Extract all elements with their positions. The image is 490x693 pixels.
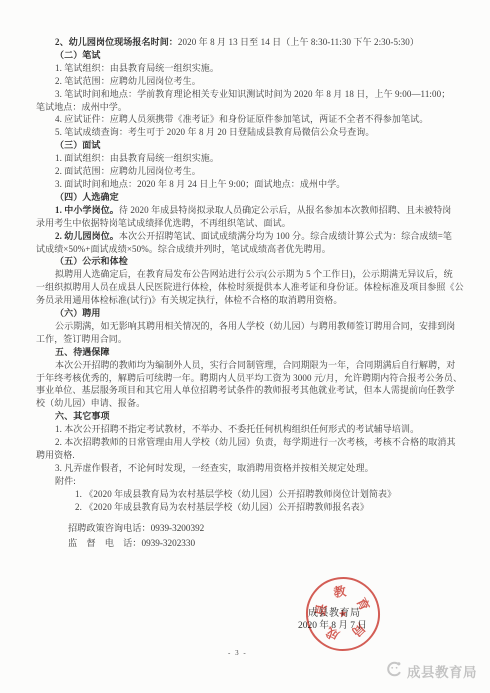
document-line: 拟聘用人选确定后，在教育局发布公告网站进行公示(公示期为 5 个工作日)，公示期… [36,268,462,281]
document-line: 1. 《2020 年成县教育局为农村基层学校（幼儿园）公开招聘教师岗位计划简表》 [36,488,462,501]
line-text: 2020 年 8 月 13 日至 14 日（上午 8:30-11:30 下午 2… [178,37,419,47]
line-text: 务员录用通用体检标准(试行)》有关规定执行，体检不合格的取消聘用资格。 [36,295,343,305]
line-text: 3. 凡弄虚作假者，不论何时发现，一经查实，取消聘用资格并按相关规定处理。 [55,463,374,473]
line-text: 1. 本次公开招聘不指定考试教材，不举办、不委托任何机构组织任何形式的考试辅导培… [55,424,419,434]
announcement-body: 2、幼儿园岗位现场报名时间：2020 年 8 月 13 日至 14 日（上午 8… [36,36,462,514]
line-text: 2. 《2020 年成县教育局为农村基层学校（幼儿园）公开招聘教师报名表》 [75,502,369,512]
document-line: 2. 本次招聘教师的日常管理由用人学校（幼儿园）负责，每学期进行一次考核，考核不… [36,436,462,449]
contact-phone-line: 招聘政策咨询电话：0939-3200392 [68,521,204,536]
document-line: 2. 《2020 年成县教育局为农村基层学校（幼儿园）公开招聘教师报名表》 [36,501,462,514]
line-lead: 1. 中小学岗位。 [55,205,119,215]
line-text: 于年终考核优秀的，解聘后可续聘一年。聘期内人员平均工资为 3000 元/月，允许… [36,373,462,383]
document-page: 2、幼儿园岗位现场报名时间：2020 年 8 月 13 日至 14 日（上午 8… [0,0,490,693]
document-line: 附件: [36,475,462,488]
line-text: 聘用资格. [36,450,75,460]
line-text: 录用考生中依据特岗笔试成绩择优选聘，不再组织笔试、面试。 [36,218,291,228]
line-text: 一组织拟聘用人员在成县人民医院进行体检，体检时须提供本人准考证和身份证。体检标准… [36,282,464,292]
document-line: 校（幼儿园）申请、报备。 [36,397,462,410]
document-line: 一组织拟聘用人员在成县人民医院进行体检，体检时须提供本人准考证和身份证。体检标准… [36,281,462,294]
document-line: 试成绩×50%+面试成绩×50%。综合成绩并列时，笔试成绩高者优先聘用。 [36,243,462,256]
seal-ring-char: 教 [332,584,348,600]
official-seal-stamp: ★ 教育局成县 [301,572,385,656]
line-lead: 2. 幼儿园岗位。 [55,231,119,241]
line-lead: 2、幼儿园岗位现场报名时间： [55,37,178,47]
line-lead: （二）笔试 [55,50,101,60]
line-lead: 五、待遇保障 [55,347,110,357]
line-text: 工作，签订聘用合同。 [36,334,127,344]
document-line: 1. 中小学岗位。待 2020 年成县特岗拟录取人员确定公示后，从报名参加本次教… [36,204,462,217]
document-line: （六）聘用 [36,307,462,320]
document-line: 录用考生中依据特岗笔试成绩择优选聘，不再组织笔试、面试。 [36,217,462,230]
contact-phone-lines: 招聘政策咨询电话：0939-3200392监 督 电 话：0939-320233… [68,521,204,551]
document-line: 笔试地点：成州中学。 [36,101,462,114]
line-text: 拟聘用人选确定后，在教育局发布公告网站进行公示(公示期为 5 个工作日)，公示期… [55,269,453,279]
line-text: 本次公开招聘的教师均为编制外人员，实行合同制管理，合同期限为一年，合同期满后自行… [55,360,455,370]
line-lead: （三）面试 [55,140,101,150]
document-line: 1. 本次公开招聘不指定考试教材，不举办、不委托任何机构组织任何形式的考试辅导培… [36,423,462,436]
line-text: 1. 《2020 年成县教育局为农村基层学校（幼儿园）公开招聘教师岗位计划简表》 [75,489,396,499]
document-line: 3. 面试时间和地点：2020 年 8 月 24 日上午 9:00；面试地点：成… [36,178,462,191]
document-line: （二）笔试 [36,49,462,62]
line-text: 2. 本次招聘教师的日常管理由用人学校（幼儿园）负责，每学期进行一次考核，考核不… [55,437,456,447]
line-text: 附件: [55,476,76,486]
line-text: 5. 笔试成绩查询：考生可于 2020 年 8 月 20 日登陆成县教育局微信公… [55,127,375,137]
document-line: 五、待遇保障 [36,346,462,359]
document-line: 1. 面试组织：由县教育局统一组织实施。 [36,152,462,165]
line-lead: 六、其它事项 [55,411,110,421]
line-text: 1. 笔试组织：由县教育局统一组织实施。 [55,63,219,73]
star-icon: ★ [337,607,349,621]
line-text: 事业单位、基层服务项目和其它用人单位招聘考试条件的教师报考其他就业考试，但本人需… [36,385,455,395]
document-line: 务员录用通用体检标准(试行)》有关规定执行，体检不合格的取消聘用资格。 [36,294,462,307]
document-line: （三）面试 [36,139,462,152]
wechat-logo-icon [386,660,403,682]
document-line: 六、其它事项 [36,410,462,423]
document-line: 工作，签订聘用合同。 [36,333,462,346]
document-line: （五）公示和体检 [36,255,462,268]
line-text: 1. 面试组织：由县教育局统一组织实施。 [55,153,219,163]
document-line: 1. 笔试组织：由县教育局统一组织实施。 [36,62,462,75]
document-line: 聘用资格. [36,449,462,462]
contact-phone-line: 监 督 电 话：0939-3202330 [68,536,204,551]
line-text: 校（幼儿园）申请、报备。 [36,398,145,408]
line-text: 待 2020 年成县特岗拟录取人员确定公示后，从报名参加本次教师招聘、且未被特岗 [119,205,452,215]
line-text: 2. 面试范围：应聘幼儿园岗位考生。 [55,166,201,176]
line-lead: （四）人选确定 [55,192,119,202]
document-line: 4. 应试证件：应聘人员须携带《准考证》和身份证原件参加笔试，两证不全者不得参加… [36,113,462,126]
watermark-label: 成县教育局 [407,661,477,681]
document-line: 2. 幼儿园岗位。本次公开招聘笔试、面试成绩满分均为 100 分。综合成绩计算公… [36,230,462,243]
document-line: 2. 笔试范围：应聘幼儿园岗位考生。 [36,75,462,88]
document-line: 事业单位、基层服务项目和其它用人单位招聘考试条件的教师报考其他就业考试，但本人需… [36,384,462,397]
line-text: 公示期满，如无影响其聘用相关情况的，各用人学校（幼儿园）与聘用教师签订聘用合同，… [55,321,455,331]
line-lead: （六）聘用 [55,308,101,318]
document-line: 5. 笔试成绩查询：考生可于 2020 年 8 月 20 日登陆成县教育局微信公… [36,126,462,139]
line-text: 3. 面试时间和地点：2020 年 8 月 24 日上午 9:00；面试地点：成… [55,179,345,189]
line-text: 笔试地点：成州中学。 [36,102,127,112]
document-line: 2、幼儿园岗位现场报名时间：2020 年 8 月 13 日至 14 日（上午 8… [36,36,462,49]
line-text: 3. 笔试时间和地点：学前教育理论相关专业知识测试时间为 2020 年 8 月 … [55,89,450,99]
document-line: 3. 凡弄虚作假者，不论何时发现，一经查实，取消聘用资格并按相关规定处理。 [36,462,462,475]
page-number: - 3 - [228,649,247,657]
document-line: 3. 笔试时间和地点：学前教育理论相关专业知识测试时间为 2020 年 8 月 … [36,88,462,101]
line-text: 4. 应试证件：应聘人员须携带《准考证》和身份证原件参加笔试，两证不全者不得参加… [55,114,428,124]
document-line: 公示期满，如无影响其聘用相关情况的，各用人学校（幼儿园）与聘用教师签订聘用合同，… [36,320,462,333]
document-line: 本次公开招聘的教师均为编制外人员，实行合同制管理，合同期限为一年，合同期满后自行… [36,359,462,372]
wechat-watermark: 成县教育局 [386,660,477,682]
line-text: 2. 笔试范围：应聘幼儿园岗位考生。 [55,76,201,86]
line-text: 本次公开招聘笔试、面试成绩满分均为 100 分。综合成绩计算公式为：综合成绩=笔 [119,231,452,241]
line-text: 试成绩×50%+面试成绩×50%。综合成绩并列时，笔试成绩高者优先聘用。 [36,244,331,254]
document-line: 于年终考核优秀的，解聘后可续聘一年。聘期内人员平均工资为 3000 元/月，允许… [36,372,462,385]
seal-ring-char: 县 [313,602,329,618]
document-line: （四）人选确定 [36,191,462,204]
line-lead: （五）公示和体检 [55,256,128,266]
document-line: 2. 面试范围：应聘幼儿园岗位考生。 [36,165,462,178]
